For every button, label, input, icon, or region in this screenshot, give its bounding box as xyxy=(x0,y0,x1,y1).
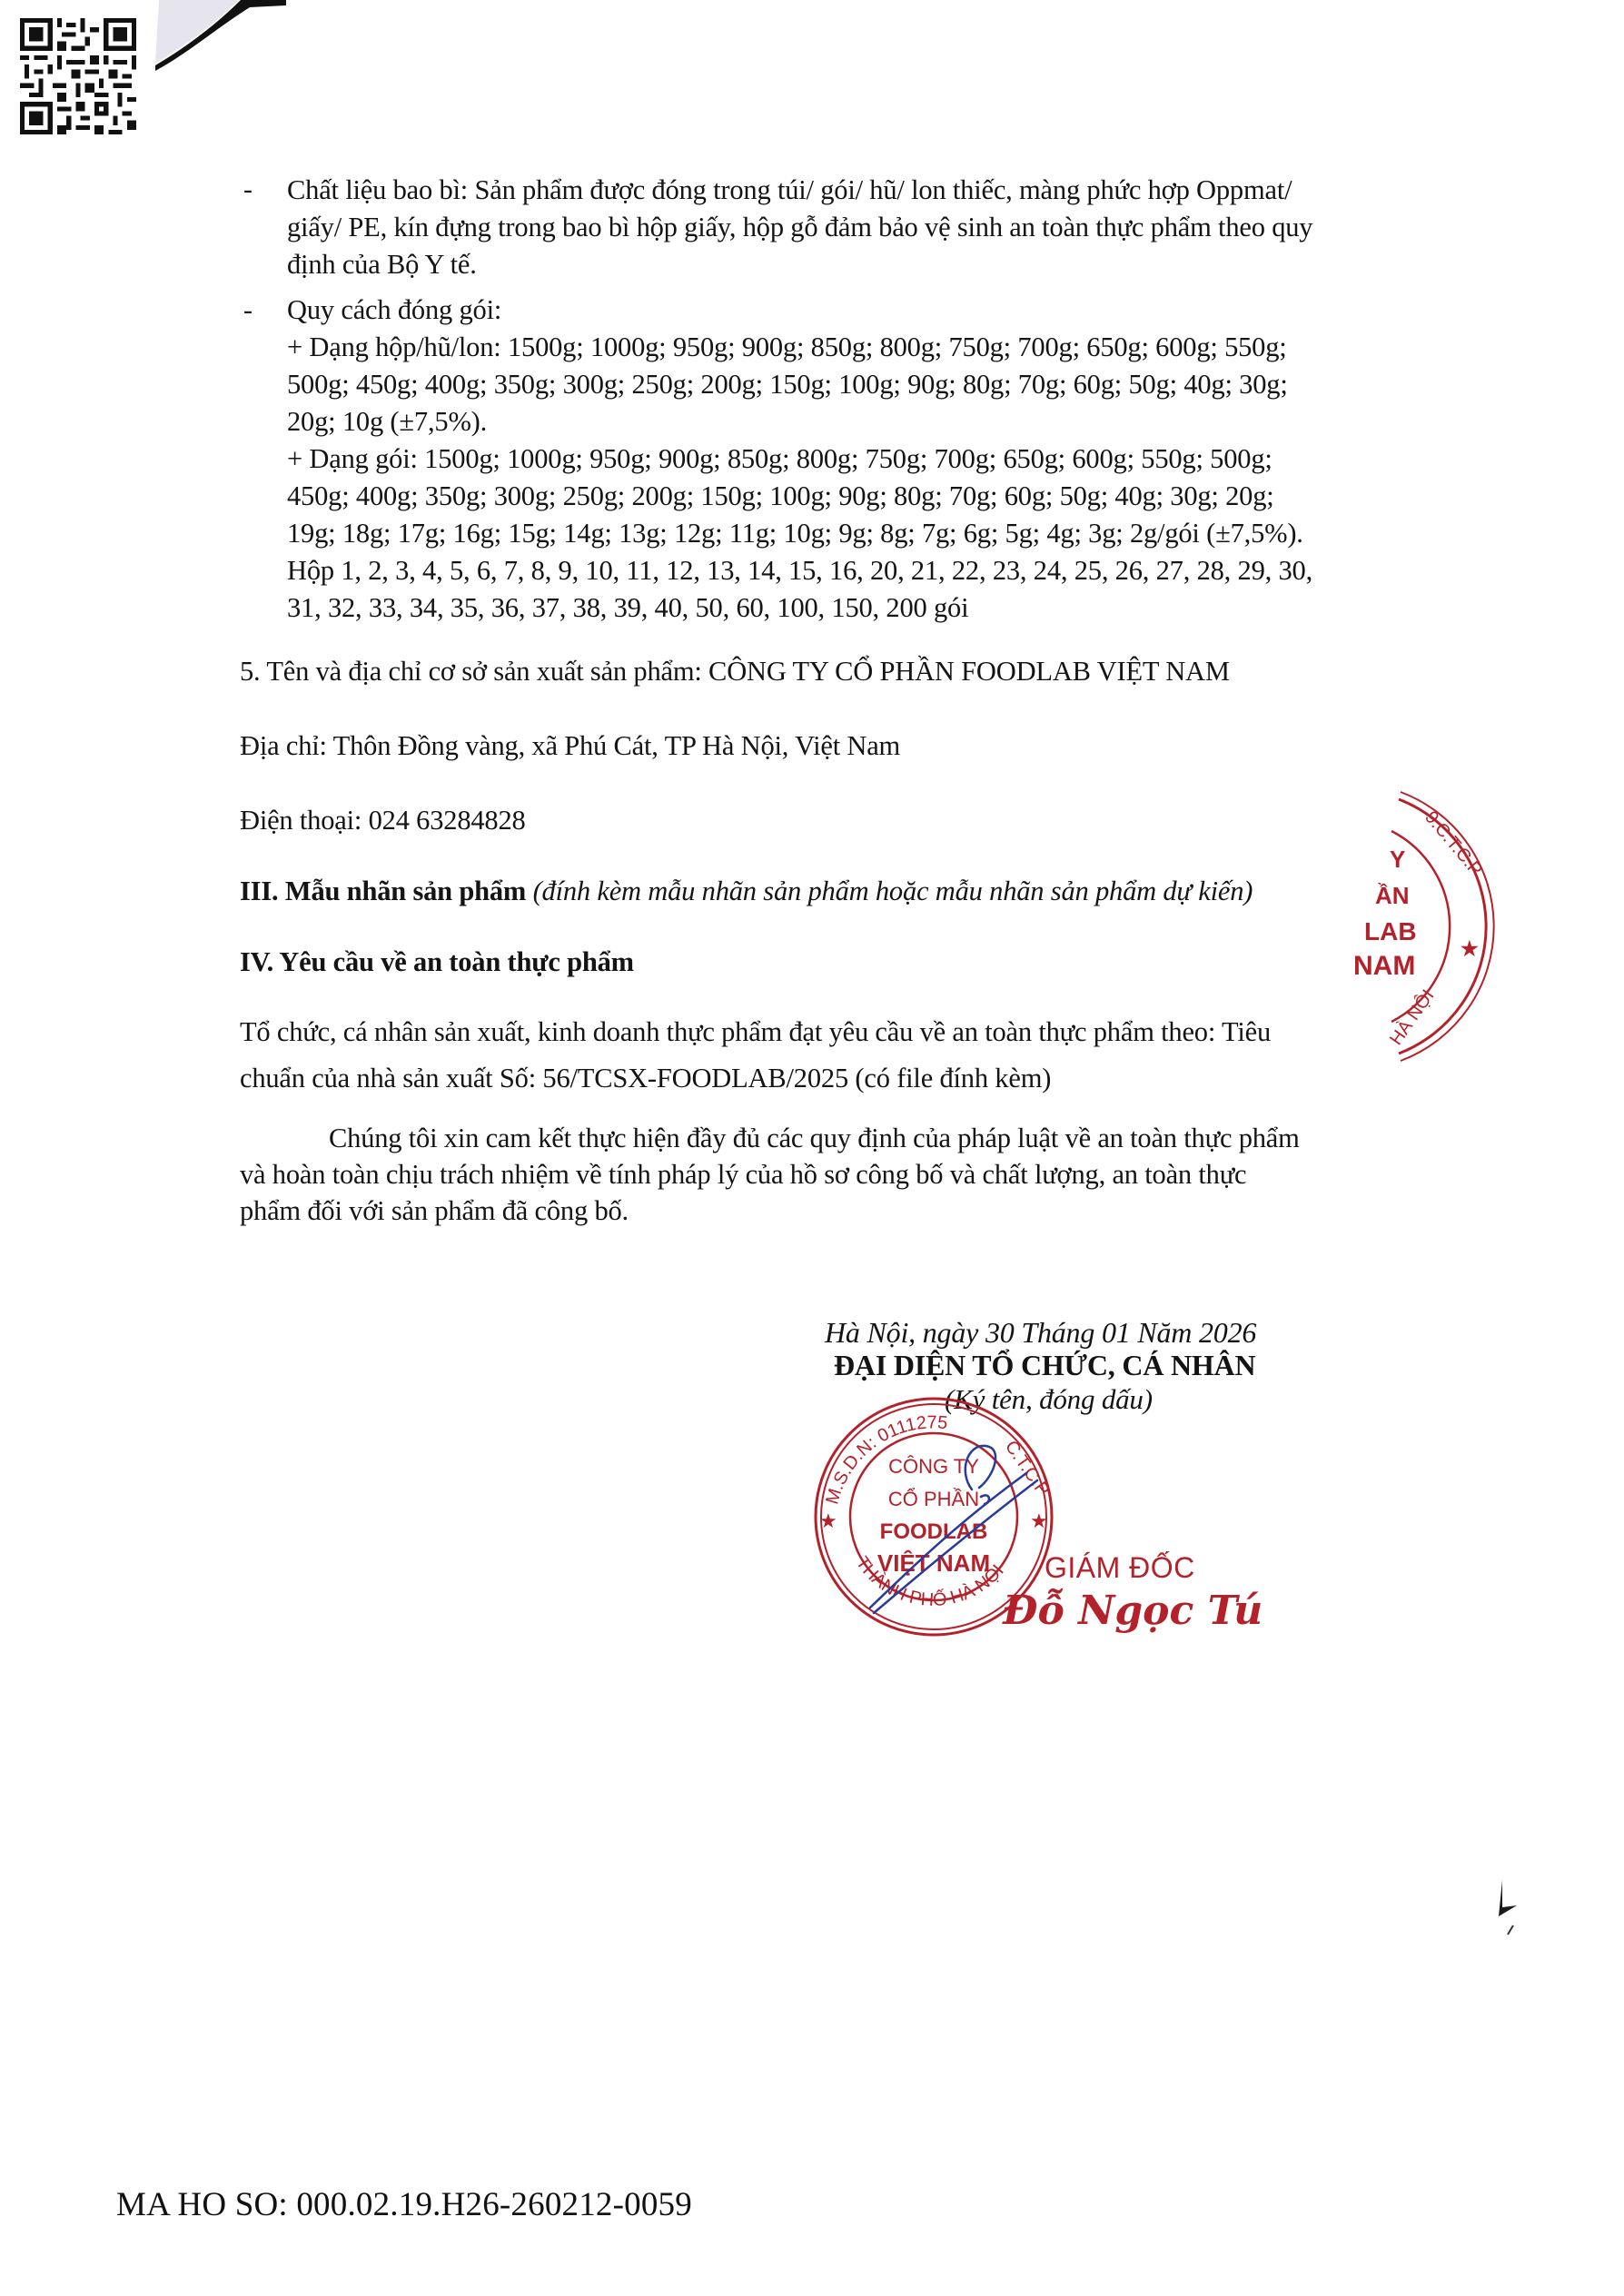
section-3-heading: III. Mẫu nhãn sản phẩm xyxy=(240,876,526,906)
company-stamp-partial-icon: Y ẦN LAB NAM ★ 9.C.T.C.P HÀ NỘI xyxy=(1344,781,1517,1081)
section-4-line-1: Tổ chức, cá nhân sản xuất, kinh doanh th… xyxy=(240,1014,1271,1049)
pack-spec-line-3: 19g; 18g; 17g; 16g; 15g; 14g; 13g; 12g; … xyxy=(287,516,1303,550)
pack-spec-line-2: 450g; 400g; 350g; 300g; 250g; 200g; 150g… xyxy=(287,479,1274,513)
commitment-line-2: và hoàn toàn chịu trách nhiệm về tính ph… xyxy=(240,1157,1246,1192)
manufacturer-title: 5. Tên và địa chỉ cơ sở sản xuất sản phẩ… xyxy=(240,654,1230,688)
pack-spec-line-1: + Dạng gói: 1500g; 1000g; 950g; 900g; 85… xyxy=(287,441,1272,476)
commitment-line-3: phẩm đối với sản phẩm đã công bố. xyxy=(240,1193,629,1228)
commitment-line-1: Chúng tôi xin cam kết thực hiện đầy đủ c… xyxy=(329,1121,1300,1155)
signature-name: Đỗ Ngọc Tú xyxy=(1003,1588,1263,1634)
packaging-material-line-2: giấy/ PE, kín đựng trong bao bì hộp giấy… xyxy=(287,210,1312,244)
packaging-spec-title: Quy cách đóng gói: xyxy=(287,292,501,327)
svg-text:HÀ NỘI: HÀ NỘI xyxy=(1385,985,1438,1049)
section-4-line-2: chuẩn của nhà sản xuất Số: 56/TCSX-FOODL… xyxy=(240,1061,1051,1095)
signature-position: GIÁM ĐỐC xyxy=(1045,1551,1195,1585)
side-stamp-text-3: LAB xyxy=(1364,917,1417,945)
bullet-dash: - xyxy=(243,174,253,205)
box-spec-line-1: + Dạng hộp/hũ/lon: 1500g; 1000g; 950g; 9… xyxy=(287,330,1287,364)
side-stamp-text-1: Y xyxy=(1390,846,1405,873)
pack-spec-line-5: 31, 32, 33, 34, 35, 36, 37, 38, 39, 40, … xyxy=(287,590,968,625)
qr-code-icon xyxy=(20,18,136,134)
svg-text:9.C.T.C.P: 9.C.T.C.P xyxy=(1421,807,1486,880)
section-3-heading-row: III. Mẫu nhãn sản phẩm (đính kèm mẫu nhã… xyxy=(240,874,1253,908)
manufacturer-address: Địa chỉ: Thôn Đồng vàng, xã Phú Cát, TP … xyxy=(240,728,900,763)
bullet-dash: - xyxy=(243,295,253,326)
scan-mark-icon xyxy=(1490,1880,1526,1944)
place-date: Hà Nội, ngày 30 Tháng 01 Năm 2026 xyxy=(825,1315,1256,1350)
stamp-inner-2: CỔ PHẦN xyxy=(888,1488,979,1510)
box-spec-line-2: 500g; 450g; 400g; 350g; 300g; 250g; 200g… xyxy=(287,367,1288,401)
packaging-material-line-1: Chất liệu bao bì: Sản phẩm được đóng tro… xyxy=(287,173,1292,207)
signature-title: ĐẠI DIỆN TỔ CHỨC, CÁ NHÂN xyxy=(834,1348,1255,1382)
dossier-code: MA HO SO: 000.02.19.H26-260212-0059 xyxy=(116,2185,692,2224)
svg-text:★: ★ xyxy=(819,1509,837,1532)
packaging-material-line-3: định của Bộ Y tế. xyxy=(287,247,477,282)
section-4-heading: IV. Yêu cầu về an toàn thực phẩm xyxy=(240,945,634,979)
side-stamp-text-4: NAM xyxy=(1353,951,1415,981)
box-spec-line-3: 20g; 10g (±7,5%). xyxy=(287,404,487,439)
section-3-note: (đính kèm mẫu nhãn sản phẩm hoặc mẫu nhã… xyxy=(533,876,1253,906)
svg-text:★: ★ xyxy=(1461,937,1479,960)
svg-text:★: ★ xyxy=(1030,1509,1048,1532)
pack-spec-line-4: Hộp 1, 2, 3, 4, 5, 6, 7, 8, 9, 10, 11, 1… xyxy=(287,553,1312,588)
manufacturer-phone: Điện thoại: 024 63284828 xyxy=(240,803,526,837)
page-curl-icon xyxy=(150,0,286,73)
side-stamp-text-2: ẦN xyxy=(1375,882,1410,909)
